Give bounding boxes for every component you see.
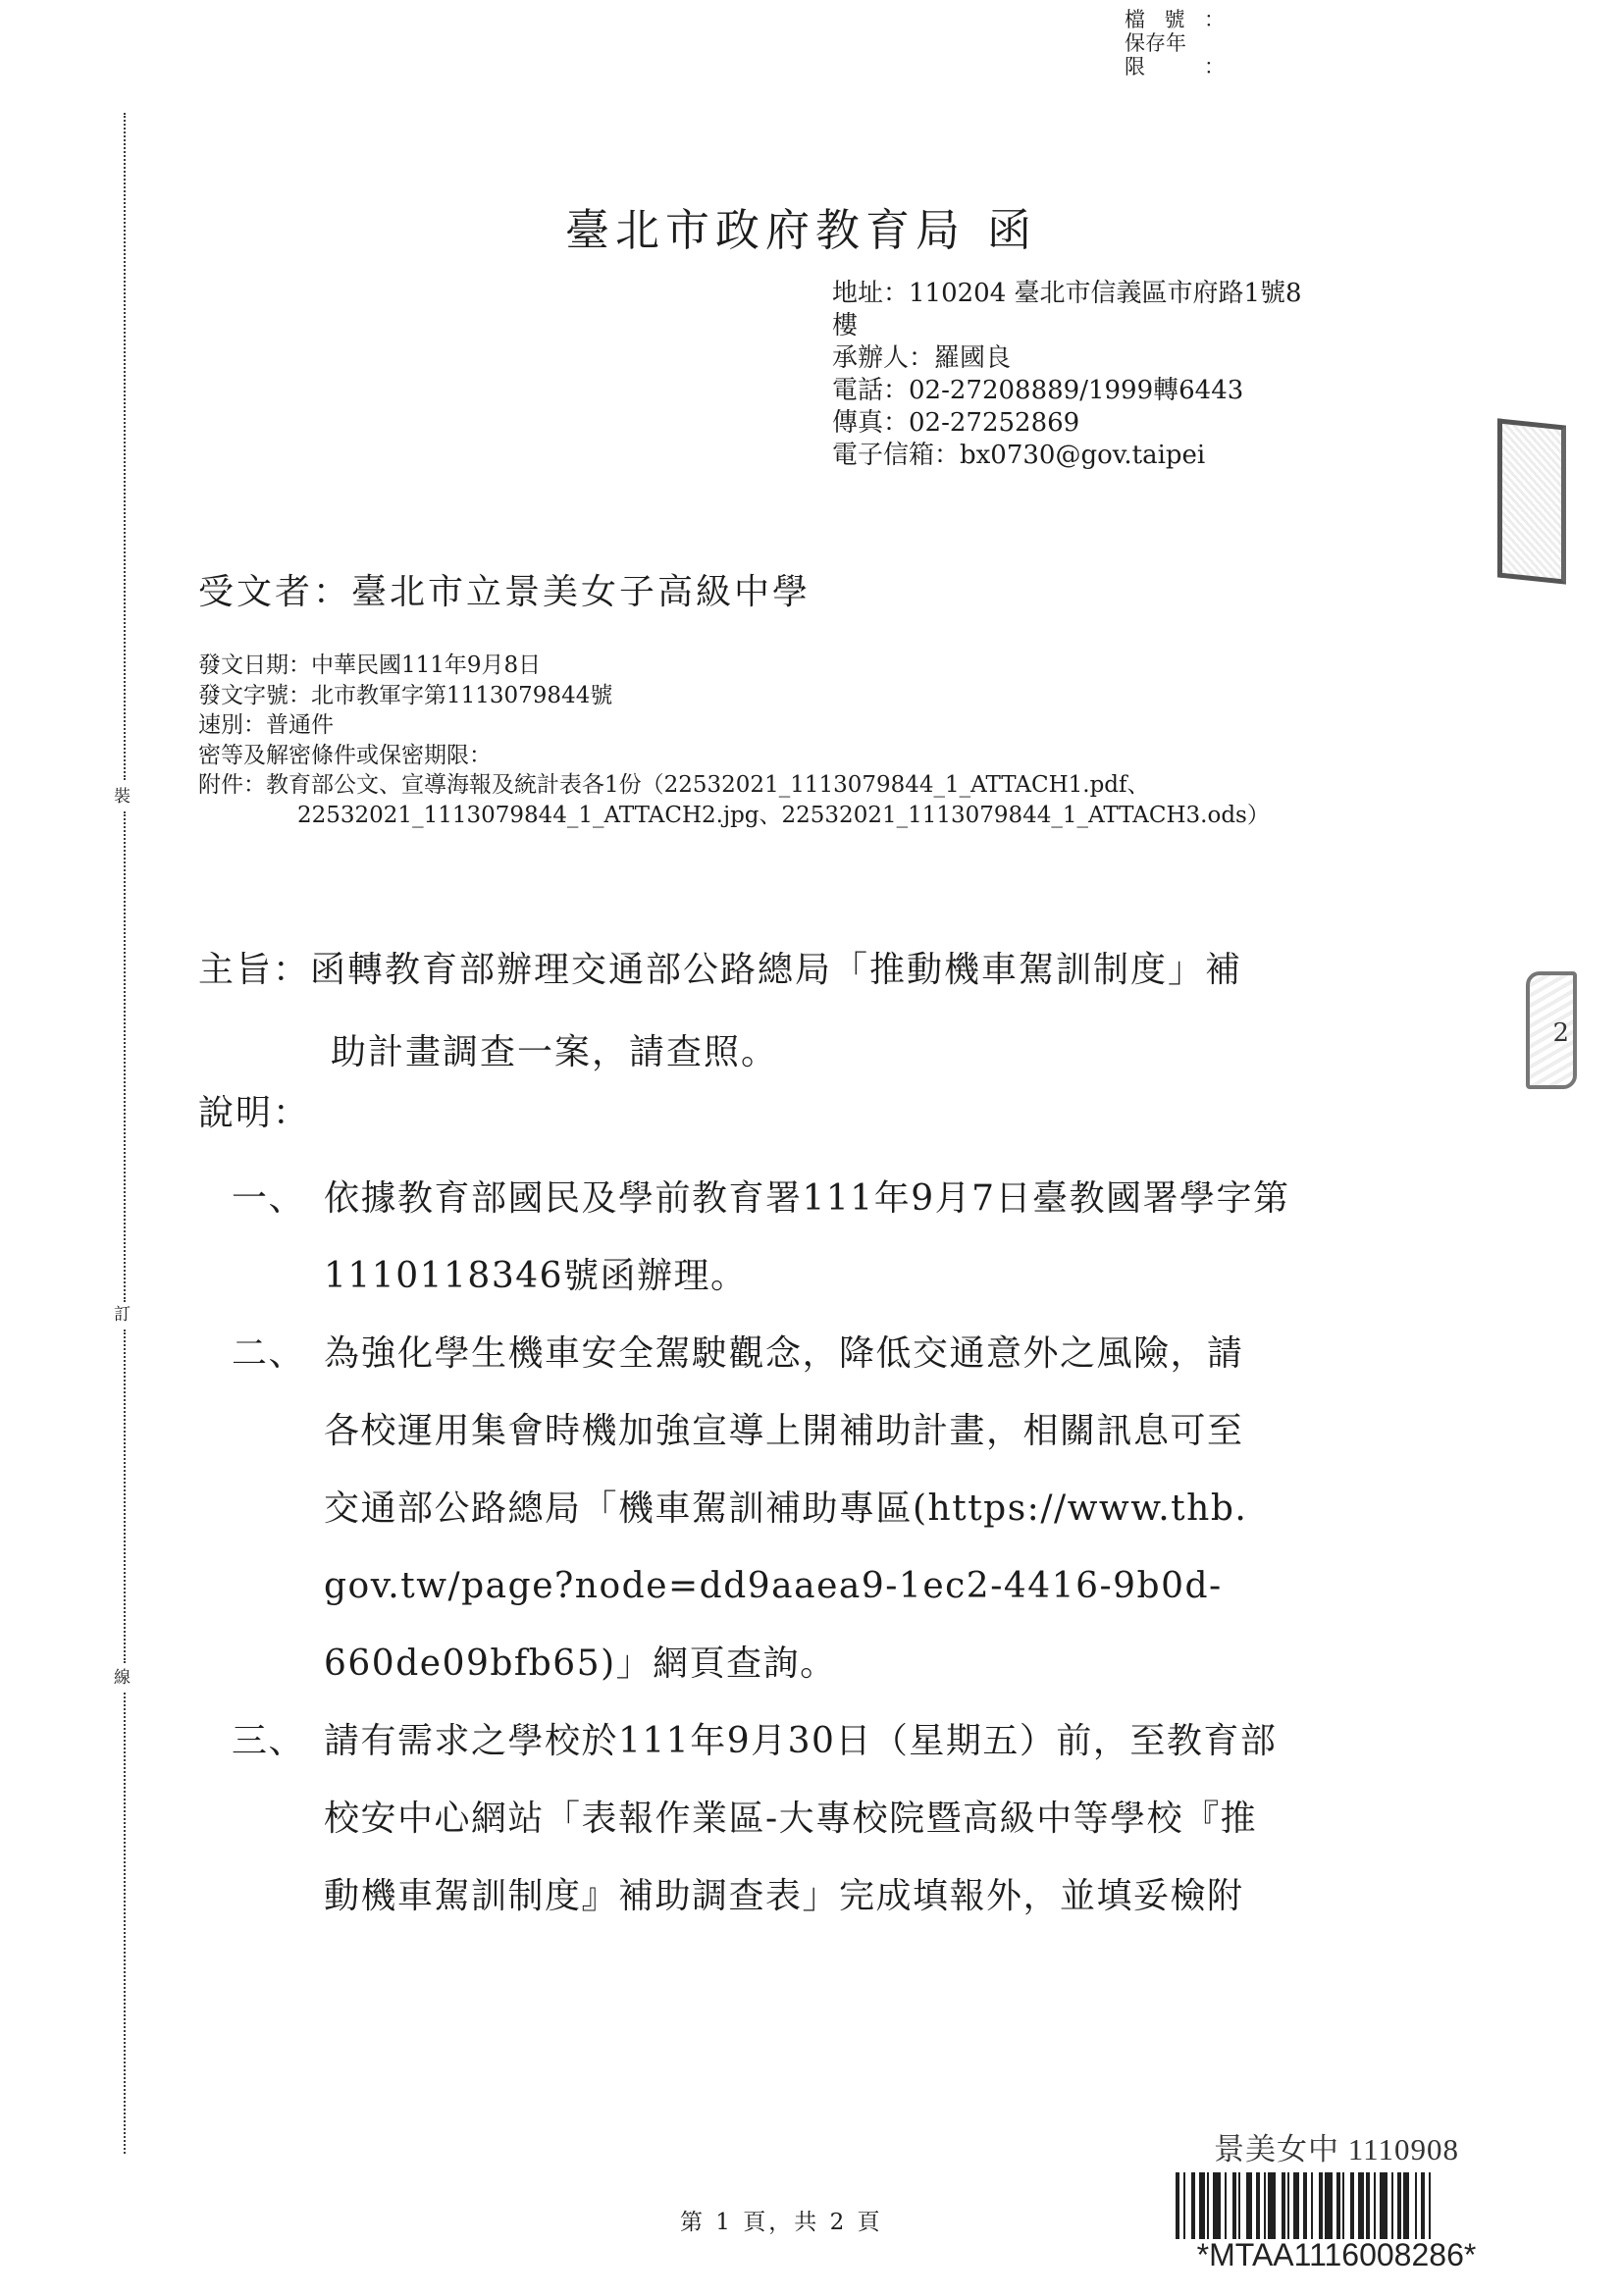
binding-mark-zhuang: 裝: [114, 787, 131, 807]
issue-date: 發文日期：中華民國111年9月8日: [198, 651, 1464, 681]
reference-number: 發文字號：北市教軍字第1113079844號: [198, 681, 1464, 711]
binding-mark-xian: 線: [114, 1668, 131, 1688]
attachments: 附件：教育部公文、宣導海報及統計表各1份（22532021_1113079844…: [198, 770, 1464, 801]
recipient: 受文者：臺北市立景美女子高級中學: [198, 564, 811, 614]
document-meta: 發文日期：中華民國111年9月8日 發文字號：北市教軍字第1113079844號…: [198, 651, 1464, 830]
side-seal-icon: 2: [1526, 971, 1577, 1089]
explanation-item: 二、 為強化學生機車安全駕駛觀念，降低交通意外之風險，請 各校運用集會時機加強宣…: [232, 1315, 1478, 1702]
item-line: 動機車駕訓制度』補助調查表」完成填報外，並填妥檢附: [324, 1857, 1478, 1935]
receiver-stamp-text: 景美女中 1110908: [1170, 2124, 1503, 2168]
page-number: 第 1 頁，共 2 頁: [680, 2204, 883, 2236]
binding-dotted-line: [124, 1693, 129, 2154]
item-line: 為強化學生機車安全駕駛觀念，降低交通意外之風險，請: [324, 1315, 1478, 1392]
binding-dotted-line: [124, 811, 129, 1302]
item-number: 一、: [232, 1160, 324, 1315]
retention-period-label: 保存年限：: [1125, 31, 1225, 78]
barcode-icon: [1176, 2172, 1497, 2239]
secrecy-level: 密等及解密條件或保密期限：: [198, 741, 1464, 771]
barcode-code-text: *MTAA1116008286*: [1170, 2237, 1503, 2273]
binding-dotted-line: [124, 113, 129, 780]
explanation-list: 一、 依據教育部國民及學前教育署111年9月7日臺教國署學字第 11101183…: [232, 1160, 1478, 1935]
attachments-continued: 22532021_1113079844_1_ATTACH2.jpg、225320…: [198, 801, 1464, 831]
item-line: 1110118346號函辦理。: [324, 1237, 1478, 1315]
issuing-agency: 臺北市政府教育局: [565, 204, 966, 256]
binding-dotted-line: [124, 1330, 129, 1663]
item-line: 請有需求之學校於111年9月30日（星期五）前，至教育部: [324, 1702, 1478, 1780]
file-number-block: 檔號： 保存年限：: [1125, 8, 1225, 78]
issuer-fax: 傳真：02-27252869: [832, 407, 1440, 440]
issuer-phone: 電話：02-27208889/1999轉6443: [832, 375, 1440, 407]
explanation-item: 一、 依據教育部國民及學前教育署111年9月7日臺教國署學字第 11101183…: [232, 1160, 1478, 1315]
issuer-address-continued: 樓: [832, 310, 1440, 342]
binding-margin: 裝 訂 線: [118, 113, 137, 2193]
document-type: 函: [987, 204, 1037, 256]
item-line: 依據教育部國民及學前教育署111年9月7日臺教國署學字第: [324, 1160, 1478, 1237]
item-line-link[interactable]: 660de09bfb65)」網頁查詢。: [324, 1625, 1478, 1702]
item-line-link[interactable]: 交通部公路總局「機車駕訓補助專區(https://www.thb.: [324, 1470, 1478, 1547]
item-line: 校安中心網站「表報作業區-大專校院暨高級中等學校『推: [324, 1780, 1478, 1857]
issuer-email: 電子信箱：bx0730@gov.taipei: [832, 440, 1440, 472]
archive-number-label: 檔號：: [1125, 8, 1225, 31]
item-number: 三、: [232, 1702, 324, 1935]
receipt-barcode: 景美女中 1110908 *MTAA1116008286*: [1170, 2124, 1503, 2273]
issuer-handler: 承辦人：羅國良: [832, 342, 1440, 375]
item-number: 二、: [232, 1315, 324, 1702]
explanation-heading: 說明：: [198, 1085, 310, 1135]
issuer-contact-block: 地址：110204 臺北市信義區市府路1號8 樓 承辦人：羅國良 電話：02-2…: [832, 278, 1440, 472]
item-line-link[interactable]: gov.tw/page?node=dd9aaea9-1ec2-4416-9b0d…: [324, 1547, 1478, 1625]
electronic-exchange-seal-icon: [1497, 418, 1566, 584]
item-line: 各校運用集會時機加強宣導上開補助計畫，相關訊息可至: [324, 1392, 1478, 1470]
subject: 主旨：函轉教育部辦理交通部公路總局「推動機車駕訓制度」補 助計畫調查一案，請查照…: [198, 929, 1464, 1094]
subject-line: 主旨：函轉教育部辦理交通部公路總局「推動機車駕訓制度」補: [198, 929, 1464, 1012]
delivery-speed: 速別：普通件: [198, 710, 1464, 741]
binding-mark-ding: 訂: [114, 1305, 131, 1325]
document-title: 臺北市政府教育局函: [565, 194, 1037, 258]
subject-line: 助計畫調查一案，請查照。: [198, 1012, 1464, 1094]
side-seal-number: 2: [1552, 1018, 1569, 1048]
explanation-item: 三、 請有需求之學校於111年9月30日（星期五）前，至教育部 校安中心網站「表…: [232, 1702, 1478, 1935]
issuer-address: 地址：110204 臺北市信義區市府路1號8: [832, 278, 1440, 310]
